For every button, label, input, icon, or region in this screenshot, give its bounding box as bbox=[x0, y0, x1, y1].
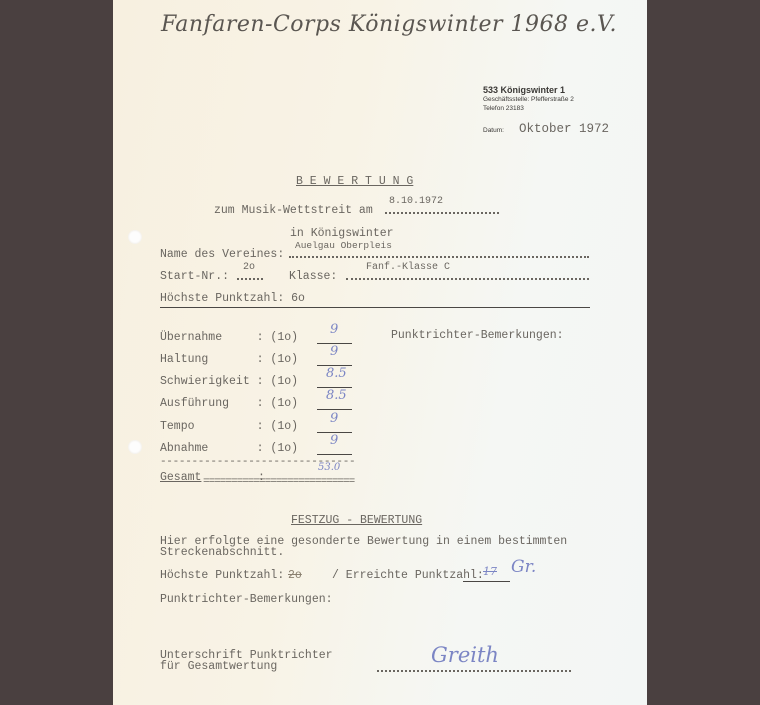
score-value: 9 bbox=[330, 344, 338, 359]
date-label: Datum: bbox=[483, 127, 504, 134]
signature-label-line2: für Gesamtwertung bbox=[160, 660, 277, 673]
contest-label: zum Musik-Wettstreit am bbox=[214, 204, 373, 217]
festzug-max-label: Höchste Punktzahl: bbox=[160, 569, 284, 582]
score-remarks-label: Punktrichter-Bemerkungen: bbox=[391, 329, 564, 342]
class-dots bbox=[346, 278, 589, 280]
festzug-initials: Gr. bbox=[511, 557, 536, 577]
signature: Greith bbox=[431, 643, 499, 667]
contest-date: 8.10.1972 bbox=[389, 196, 443, 207]
double-underline: =========================== bbox=[203, 476, 354, 488]
festzug-reached-label: / Erreichte Punktzahl: bbox=[332, 569, 484, 582]
club-label: Name des Vereines: bbox=[160, 248, 284, 261]
total-value: 53.0 bbox=[318, 462, 340, 473]
festzug-heading: FESTZUG - BEWERTUNG bbox=[291, 514, 422, 527]
festzug-reached-underline bbox=[463, 581, 510, 582]
score-label: Haltung : (1o) bbox=[160, 353, 298, 366]
address-line-2: Geschäftsstelle: Pfefferstraße 2 bbox=[483, 96, 574, 103]
section-divider bbox=[160, 307, 590, 308]
start-dots bbox=[237, 278, 263, 280]
score-label: Übernahme : (1o) bbox=[160, 331, 298, 344]
club-dots bbox=[289, 256, 589, 258]
score-value: 9 bbox=[330, 433, 338, 448]
start-value: 2o bbox=[243, 262, 255, 273]
score-underline bbox=[317, 454, 352, 455]
score-value: 8.5 bbox=[326, 366, 347, 381]
location: in Königswinter bbox=[290, 227, 394, 240]
address-line-3: Telefon 23183 bbox=[483, 105, 524, 112]
score-underline bbox=[317, 409, 352, 410]
score-label: Ausführung : (1o) bbox=[160, 397, 298, 410]
festzug-reached-value: 17 bbox=[483, 565, 497, 578]
total-label: Gesamt bbox=[160, 471, 201, 484]
signature-dots bbox=[377, 670, 571, 672]
punch-hole-bottom bbox=[128, 440, 142, 454]
score-label: Schwierigkeit : (1o) bbox=[160, 375, 298, 388]
festzug-remarks-label: Punktrichter-Bemerkungen: bbox=[160, 593, 333, 606]
contest-date-dots bbox=[385, 212, 499, 214]
score-label: Abnahme : (1o) bbox=[160, 442, 298, 455]
score-value: 8.5 bbox=[326, 388, 347, 403]
letterhead-title: Fanfaren-Corps Königswinter 1968 e.V. bbox=[161, 12, 617, 37]
club-value: Auelgau Oberpleis bbox=[295, 240, 392, 251]
max-points: Höchste Punktzahl: 6o bbox=[160, 292, 305, 305]
score-label: Tempo : (1o) bbox=[160, 420, 298, 433]
punch-hole-top bbox=[128, 230, 142, 244]
festzug-max-value: 2o bbox=[288, 569, 302, 582]
form-heading: B E W E R T U N G bbox=[296, 175, 413, 188]
class-label: Klasse: bbox=[289, 270, 337, 283]
score-value: 9 bbox=[330, 322, 338, 337]
start-label: Start-Nr.: bbox=[160, 270, 229, 283]
document-page: Fanfaren-Corps Königswinter 1968 e.V. 53… bbox=[113, 0, 647, 705]
address-line-1: 533 Königswinter 1 bbox=[483, 85, 565, 95]
score-value: 9 bbox=[330, 411, 338, 426]
class-value: Fanf.-Klasse C bbox=[366, 262, 450, 273]
date-value: Oktober 1972 bbox=[519, 122, 609, 136]
festzug-text-line2: Streckenabschnitt. bbox=[160, 546, 284, 559]
